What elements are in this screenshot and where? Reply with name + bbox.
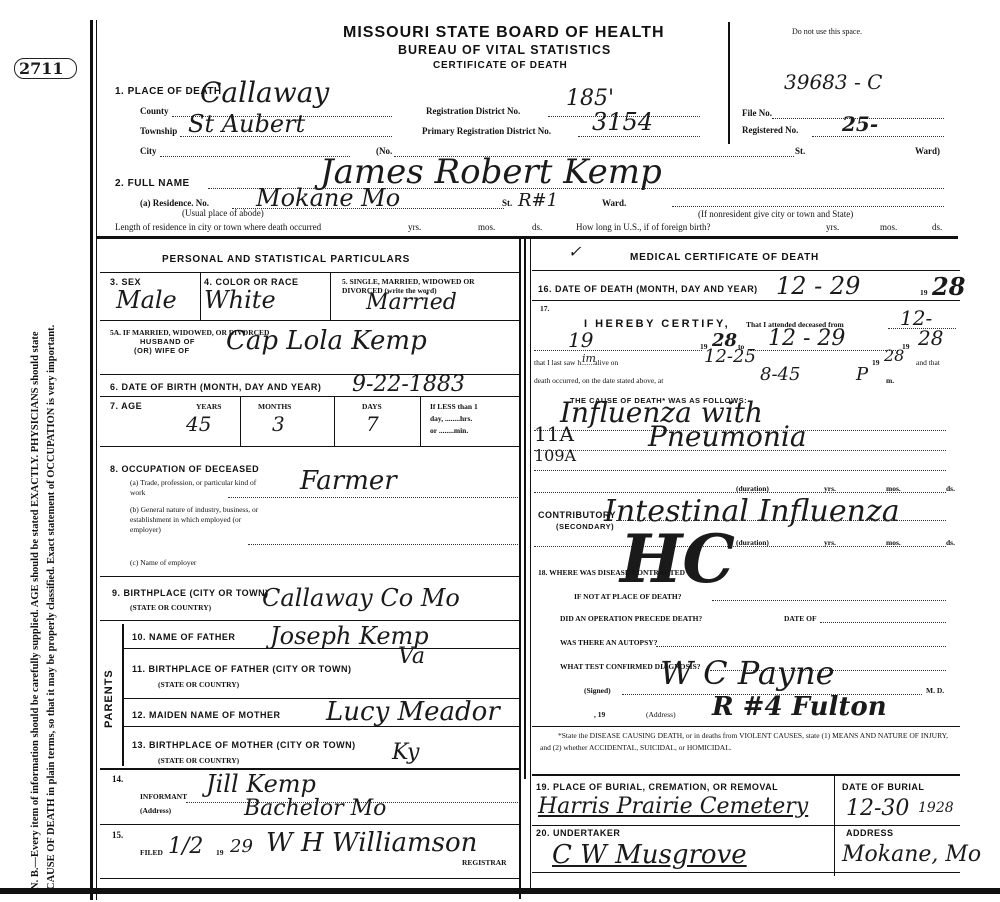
- last-saw-year-prefix: 19: [872, 358, 880, 367]
- burial-date-label: DATE OF BURIAL: [842, 782, 924, 792]
- burial-place-value: Harris Prairie Cemetery: [538, 794, 808, 819]
- length-yrs-label: yrs.: [408, 222, 421, 232]
- medical-rule-6: [532, 872, 960, 873]
- county-value: Callaway: [200, 76, 329, 109]
- father-label: 10. NAME OF FATHER: [132, 632, 235, 642]
- header-title: MISSOURI STATE BOARD OF HEALTH: [343, 24, 665, 42]
- duration-1-ds: ds.: [946, 484, 955, 493]
- footnote: *State the DISEASE CAUSING DEATH, or in …: [540, 730, 950, 754]
- registrar-label: REGISTRAR: [462, 858, 507, 867]
- personal-section-title: PERSONAL AND STATISTICAL PARTICULARS: [162, 254, 410, 265]
- autopsy-field[interactable]: [656, 646, 946, 647]
- parents-label: PARENTS: [103, 669, 115, 728]
- undertaker-label: 20. UNDERTAKER: [536, 828, 620, 838]
- medical-rule-1: [532, 270, 960, 271]
- personal-rule-2: [100, 320, 519, 321]
- dod-label: 16. DATE OF DEATH (MONTH, DAY AND YEAR): [538, 284, 758, 294]
- date-of-label: DATE OF: [784, 614, 817, 623]
- township-label: Township: [140, 126, 177, 136]
- residence-ward-label: Ward.: [602, 198, 626, 208]
- mother-value: Lucy Meador: [326, 697, 500, 727]
- spouse-value: Cap Lola Kemp: [226, 326, 427, 356]
- full-name-label: 2. FULL NAME: [115, 178, 190, 189]
- registrar-value: W H Williamson: [266, 828, 477, 858]
- primary-reg-value: 3154: [592, 108, 653, 136]
- filed-year-prefix: 19: [216, 848, 224, 857]
- undertaker-value: C W Musgrove: [552, 840, 747, 870]
- father-birth-state-label: (STATE OR COUNTRY): [158, 680, 239, 689]
- age-months-divider: [334, 396, 335, 446]
- age-days-divider: [420, 396, 421, 446]
- form-left-border-inner: [96, 20, 97, 900]
- cause-code-1: 11A: [534, 422, 574, 446]
- cause-3-field[interactable]: [534, 470, 946, 471]
- center-divider: [524, 239, 526, 779]
- undertaker-address-label: ADDRESS: [846, 828, 894, 838]
- township-field[interactable]: [180, 136, 392, 137]
- birthplace-state-label: (STATE OR COUNTRY): [130, 603, 211, 612]
- reg-district-label: Registration District No.: [426, 106, 520, 116]
- filed-number: 15.: [112, 830, 123, 840]
- parents-divider: [122, 624, 124, 766]
- office-note: Do not use this space.: [792, 27, 862, 36]
- city-st-label: St.: [795, 146, 805, 156]
- informant-value: Jill Kemp: [206, 770, 316, 798]
- burial-label: 19. PLACE OF BURIAL, CREMATION, OR REMOV…: [536, 782, 778, 792]
- age-years-label: YEARS: [196, 402, 221, 411]
- personal-rule-7: [100, 620, 519, 621]
- less-than-label-2: day, ........hrs.: [430, 414, 472, 423]
- medical-section-title: MEDICAL CERTIFICATE OF DEATH: [630, 252, 819, 263]
- birthplace-value: Callaway Co Mo: [262, 584, 460, 612]
- signature-address-label: (Address): [646, 710, 676, 719]
- name-section-bottom-rule: [96, 236, 958, 239]
- duration-2-ds: ds.: [946, 538, 955, 547]
- medical-rule-3: [532, 726, 960, 727]
- age-label: 7. AGE: [110, 401, 142, 411]
- race-value: White: [204, 286, 276, 314]
- informant-number: 14.: [112, 774, 123, 784]
- residence-label: (a) Residence. No.: [140, 198, 209, 208]
- burial-year-value: 1928: [918, 800, 954, 816]
- occupation-label: 8. OCCUPATION OF DECEASED: [110, 464, 259, 474]
- age-years-divider: [240, 396, 241, 446]
- header-form-name: CERTIFICATE OF DEATH: [433, 60, 568, 71]
- personal-rule-9: [100, 824, 519, 825]
- less-than-label-3: or ........min.: [430, 426, 468, 435]
- duration-2-label: (duration): [736, 538, 769, 547]
- occupation-c-label: (c) Name of employer: [130, 558, 196, 567]
- township-value: St Aubert: [188, 110, 305, 138]
- last-saw-him: im: [582, 352, 596, 365]
- last-saw-year: 28: [884, 346, 904, 365]
- undertaker-address-value: Mokane, Mo: [842, 842, 981, 867]
- age-months-value: 3: [272, 412, 285, 436]
- age-months-label: MONTHS: [258, 402, 291, 411]
- informant-address-label: (Address): [140, 806, 171, 815]
- item-17-label: 17.: [540, 304, 549, 313]
- contracted-field[interactable]: [712, 600, 946, 601]
- personal-rule-6: [100, 576, 519, 577]
- registered-no-label: Registered No.: [742, 125, 798, 135]
- informant-label: INFORMANT: [140, 792, 187, 801]
- occupation-b-field[interactable]: [248, 544, 518, 545]
- dod-value: 12 - 29: [776, 272, 860, 300]
- occupation-b-label: (b) General nature of industry, business…: [130, 505, 260, 535]
- race-divider: [330, 272, 331, 320]
- personal-rule-10: [100, 878, 519, 879]
- office-number: 39683 - C: [784, 70, 882, 94]
- sex-value: Male: [116, 286, 177, 314]
- death-ampm-value: P: [856, 364, 868, 385]
- dob-label: 6. DATE OF BIRTH (MONTH, DAY AND YEAR): [110, 382, 321, 392]
- foreign-ds-label: ds.: [932, 222, 942, 232]
- center-divider-inner: [530, 239, 531, 889]
- duration-2-mos: mos.: [886, 538, 901, 547]
- file-no-label: File No.: [742, 108, 772, 118]
- signed-value: W C Payne: [660, 654, 835, 692]
- parents-rule-3: [124, 726, 519, 727]
- filed-date-value: 1/2: [168, 834, 203, 859]
- residence-field[interactable]: [232, 208, 504, 209]
- not-place-label: IF NOT AT PLACE OF DEATH?: [574, 592, 681, 601]
- margin-note-line-1: N. B.—Every item of information should b…: [30, 60, 41, 890]
- residence-sublabel: (Usual place of abode): [182, 208, 264, 218]
- sex-divider: [200, 272, 201, 320]
- medical-rule-2: [532, 300, 960, 301]
- primary-reg-label: Primary Registration District No.: [422, 126, 551, 136]
- residence-st-label: St.: [502, 198, 512, 208]
- medical-rule-4: [532, 774, 960, 776]
- parents-rule-1: [124, 648, 519, 649]
- attended-from-day: 19: [568, 328, 593, 352]
- age-days-label: DAYS: [362, 402, 382, 411]
- duration-1-yrs: yrs.: [824, 484, 836, 493]
- last-saw-label: that I last saw h.......alive on: [534, 358, 618, 367]
- burial-date-value: 12-30: [846, 796, 909, 821]
- burial-divider: [834, 776, 835, 876]
- personal-rule-5: [100, 446, 519, 447]
- last-saw-value: 12-25: [704, 346, 756, 367]
- foreign-mos-label: mos.: [880, 222, 897, 232]
- city-label: City: [140, 146, 157, 156]
- personal-rule-1: [100, 272, 519, 273]
- foreign-birth-label: How long in U.S., if of foreign birth?: [576, 222, 710, 232]
- registered-no-value: 25-: [842, 112, 878, 136]
- attended-to-field[interactable]: [750, 350, 898, 351]
- length-ds-label: ds.: [532, 222, 542, 232]
- registered-no-field[interactable]: [812, 136, 944, 137]
- left-panel-right-border: [519, 239, 521, 899]
- check-mark-icon: ✓: [568, 242, 581, 261]
- contracted-label: 18. WHERE WAS DISEASE CONTRACTED: [538, 568, 685, 577]
- father-birth-label: 11. BIRTHPLACE OF FATHER (CITY OR TOWN): [132, 664, 352, 674]
- cause-code-2: 109A: [534, 446, 576, 465]
- age-years-value: 45: [186, 412, 211, 436]
- dod-year-value: 28: [932, 272, 965, 301]
- cause-2-value: Pneumonia: [648, 420, 807, 453]
- initials-mark: HC: [620, 520, 735, 598]
- spouse-label-2: HUSBAND OF: [140, 337, 195, 346]
- mother-birth-state-label: (STATE OR COUNTRY): [158, 756, 239, 765]
- father-birth-value: Va: [398, 644, 425, 669]
- city-ward-label: Ward): [915, 146, 940, 156]
- attended-to-year: 28: [918, 326, 943, 350]
- md-label: M. D.: [926, 686, 944, 695]
- duration-1-label: (duration): [736, 484, 769, 493]
- and-that-label: and that: [916, 358, 940, 367]
- form-left-border: [90, 20, 93, 900]
- m-label: m.: [886, 376, 894, 385]
- primary-reg-field[interactable]: [578, 136, 700, 137]
- dob-value: 9-22-1883: [352, 372, 465, 397]
- duration-1-mos: mos.: [886, 484, 901, 493]
- spouse-label-3: (OR) WIFE OF: [134, 346, 190, 355]
- operation-label: DID AN OPERATION PRECEDE DEATH?: [560, 614, 702, 623]
- occupation-a-field[interactable]: [228, 497, 518, 498]
- attended-from-day-field[interactable]: [534, 350, 702, 351]
- mother-birth-label: 13. BIRTHPLACE OF MOTHER (CITY OR TOWN): [132, 740, 356, 750]
- filed-label: FILED: [140, 848, 163, 857]
- medical-rule-5: [532, 825, 960, 826]
- age-days-value: 7: [366, 412, 379, 436]
- signed-label: (Signed): [584, 686, 611, 695]
- personal-rule-4: [100, 396, 519, 397]
- filed-year-value: 29: [230, 836, 253, 857]
- occupation-a-label: (a) Trade, profession, or particular kin…: [130, 478, 260, 498]
- dod-year-prefix: 19: [920, 288, 928, 297]
- residence-street-value: R#1: [518, 190, 558, 211]
- birthplace-label: 9. BIRTHPLACE (CITY OR TOWN): [112, 588, 269, 598]
- occupation-a-value: Farmer: [300, 466, 397, 496]
- mother-label: 12. MAIDEN NAME OF MOTHER: [132, 710, 281, 720]
- certify-heading: I HEREBY CERTIFY,: [584, 318, 730, 330]
- operation-date-field[interactable]: [820, 622, 946, 623]
- mother-birth-value: Ky: [392, 740, 419, 765]
- death-time-value: 8-45: [760, 364, 800, 385]
- duration-2-yrs: yrs.: [824, 538, 836, 547]
- margin-note-line-2: CAUSE OF DEATH in plain terms, so that i…: [46, 60, 57, 890]
- county-label: County: [140, 106, 169, 116]
- signature-year-label: , 19: [594, 710, 605, 719]
- foreign-yrs-label: yrs.: [826, 222, 839, 232]
- autopsy-label: WAS THERE AN AUTOPSY?: [560, 638, 657, 647]
- cause-2-field[interactable]: [534, 450, 946, 451]
- form-bottom-border: [0, 888, 1000, 894]
- nonresident-note: (If nonresident give city or town and St…: [698, 209, 853, 219]
- signature-address-value: R #4 Fulton: [712, 692, 887, 722]
- occurred-label: death occurred, on the date stated above…: [534, 376, 663, 385]
- marital-value: Married: [366, 290, 457, 315]
- less-than-label-1: If LESS than 1: [430, 402, 478, 411]
- nonresident-field[interactable]: [672, 206, 944, 207]
- office-box-divider: [728, 22, 730, 144]
- header-subtitle: BUREAU OF VITAL STATISTICS: [398, 43, 611, 57]
- length-mos-label: mos.: [478, 222, 495, 232]
- informant-address-value: Bachelor Mo: [244, 796, 386, 821]
- length-residence-label: Length of residence in city or town wher…: [115, 222, 321, 232]
- attended-to-value: 12 - 29: [768, 326, 845, 351]
